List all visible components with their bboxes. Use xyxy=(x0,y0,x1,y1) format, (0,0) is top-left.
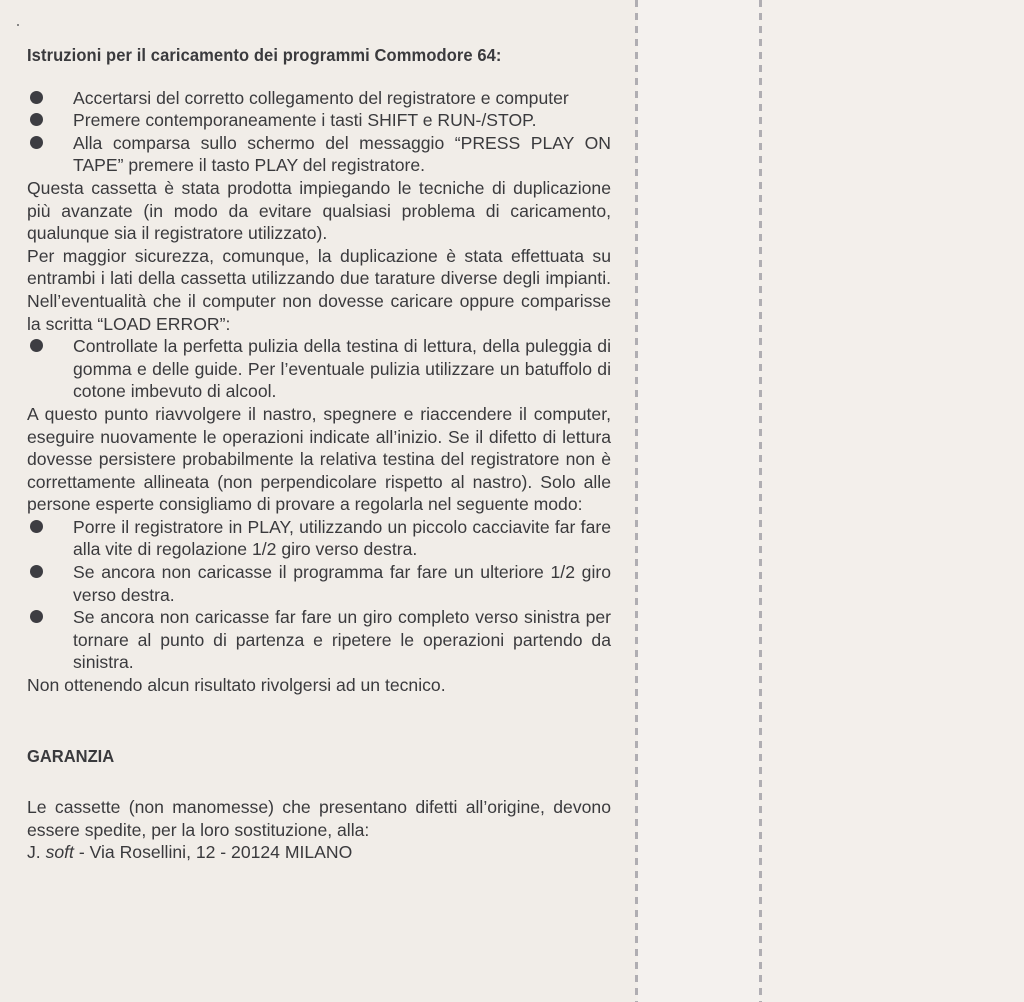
list-item: Accertarsi del corretto collegamento del… xyxy=(27,87,611,110)
step-text: Controllate la perfetta pulizia della te… xyxy=(73,336,611,401)
bullet-icon xyxy=(30,565,43,578)
list-item: Se ancora non caricasse far fare un giro… xyxy=(27,606,611,674)
warranty-heading: GARANZIA xyxy=(27,745,582,768)
bullet-icon xyxy=(30,339,43,352)
bullet-icon xyxy=(30,610,43,623)
list-item: Controllate la perfetta pulizia della te… xyxy=(27,335,611,403)
step-text: Alla comparsa sullo schermo del messaggi… xyxy=(73,133,611,176)
paragraph: Per maggior sicurezza, comunque, la dupl… xyxy=(27,245,611,335)
paragraph: A questo punto riavvolgere il nastro, sp… xyxy=(27,403,611,516)
bullet-icon xyxy=(30,520,43,533)
step-text: Premere contemporaneamente i tasti SHIFT… xyxy=(73,110,536,130)
list-item: Porre il registratore in PLAY, utilizzan… xyxy=(27,516,611,561)
step-text: Accertarsi del corretto collegamento del… xyxy=(73,88,569,108)
paragraph: Non ottenendo alcun risultato rivolgersi… xyxy=(27,674,611,697)
list-item: Alla comparsa sullo schermo del messaggi… xyxy=(27,132,611,177)
step-text: Se ancora non caricasse il programma far… xyxy=(73,562,611,605)
list-item: Premere contemporaneamente i tasti SHIFT… xyxy=(27,109,611,132)
paper-speck xyxy=(17,24,19,26)
bullet-icon xyxy=(30,91,43,104)
list-item: Se ancora non caricasse il programma far… xyxy=(27,561,611,606)
document-title: Istruzioni per il caricamento dei progra… xyxy=(27,44,582,67)
bullet-icon xyxy=(30,136,43,149)
step-text: Porre il registratore in PLAY, utilizzan… xyxy=(73,517,611,560)
instructions-text: Istruzioni per il caricamento dei progra… xyxy=(27,44,611,864)
inlay-panel-spine xyxy=(638,0,760,1002)
paragraph: Questa cassetta è stata prodotta impiega… xyxy=(27,177,611,245)
step-text: Se ancora non caricasse far fare un giro… xyxy=(73,607,611,672)
company-address: J. soft - Via Rosellini, 12 - 20124 MILA… xyxy=(27,841,611,864)
company-prefix: J. xyxy=(27,842,41,862)
fold-line xyxy=(759,0,762,1002)
address-text: - Via Rosellini, 12 - 20124 MILANO xyxy=(79,842,353,862)
inlay-panel-back xyxy=(762,0,1024,1002)
bullet-icon xyxy=(30,113,43,126)
company-name: soft xyxy=(46,842,74,862)
fold-line xyxy=(635,0,638,1002)
warranty-text: Le cassette (non manomesse) che presenta… xyxy=(27,796,611,841)
